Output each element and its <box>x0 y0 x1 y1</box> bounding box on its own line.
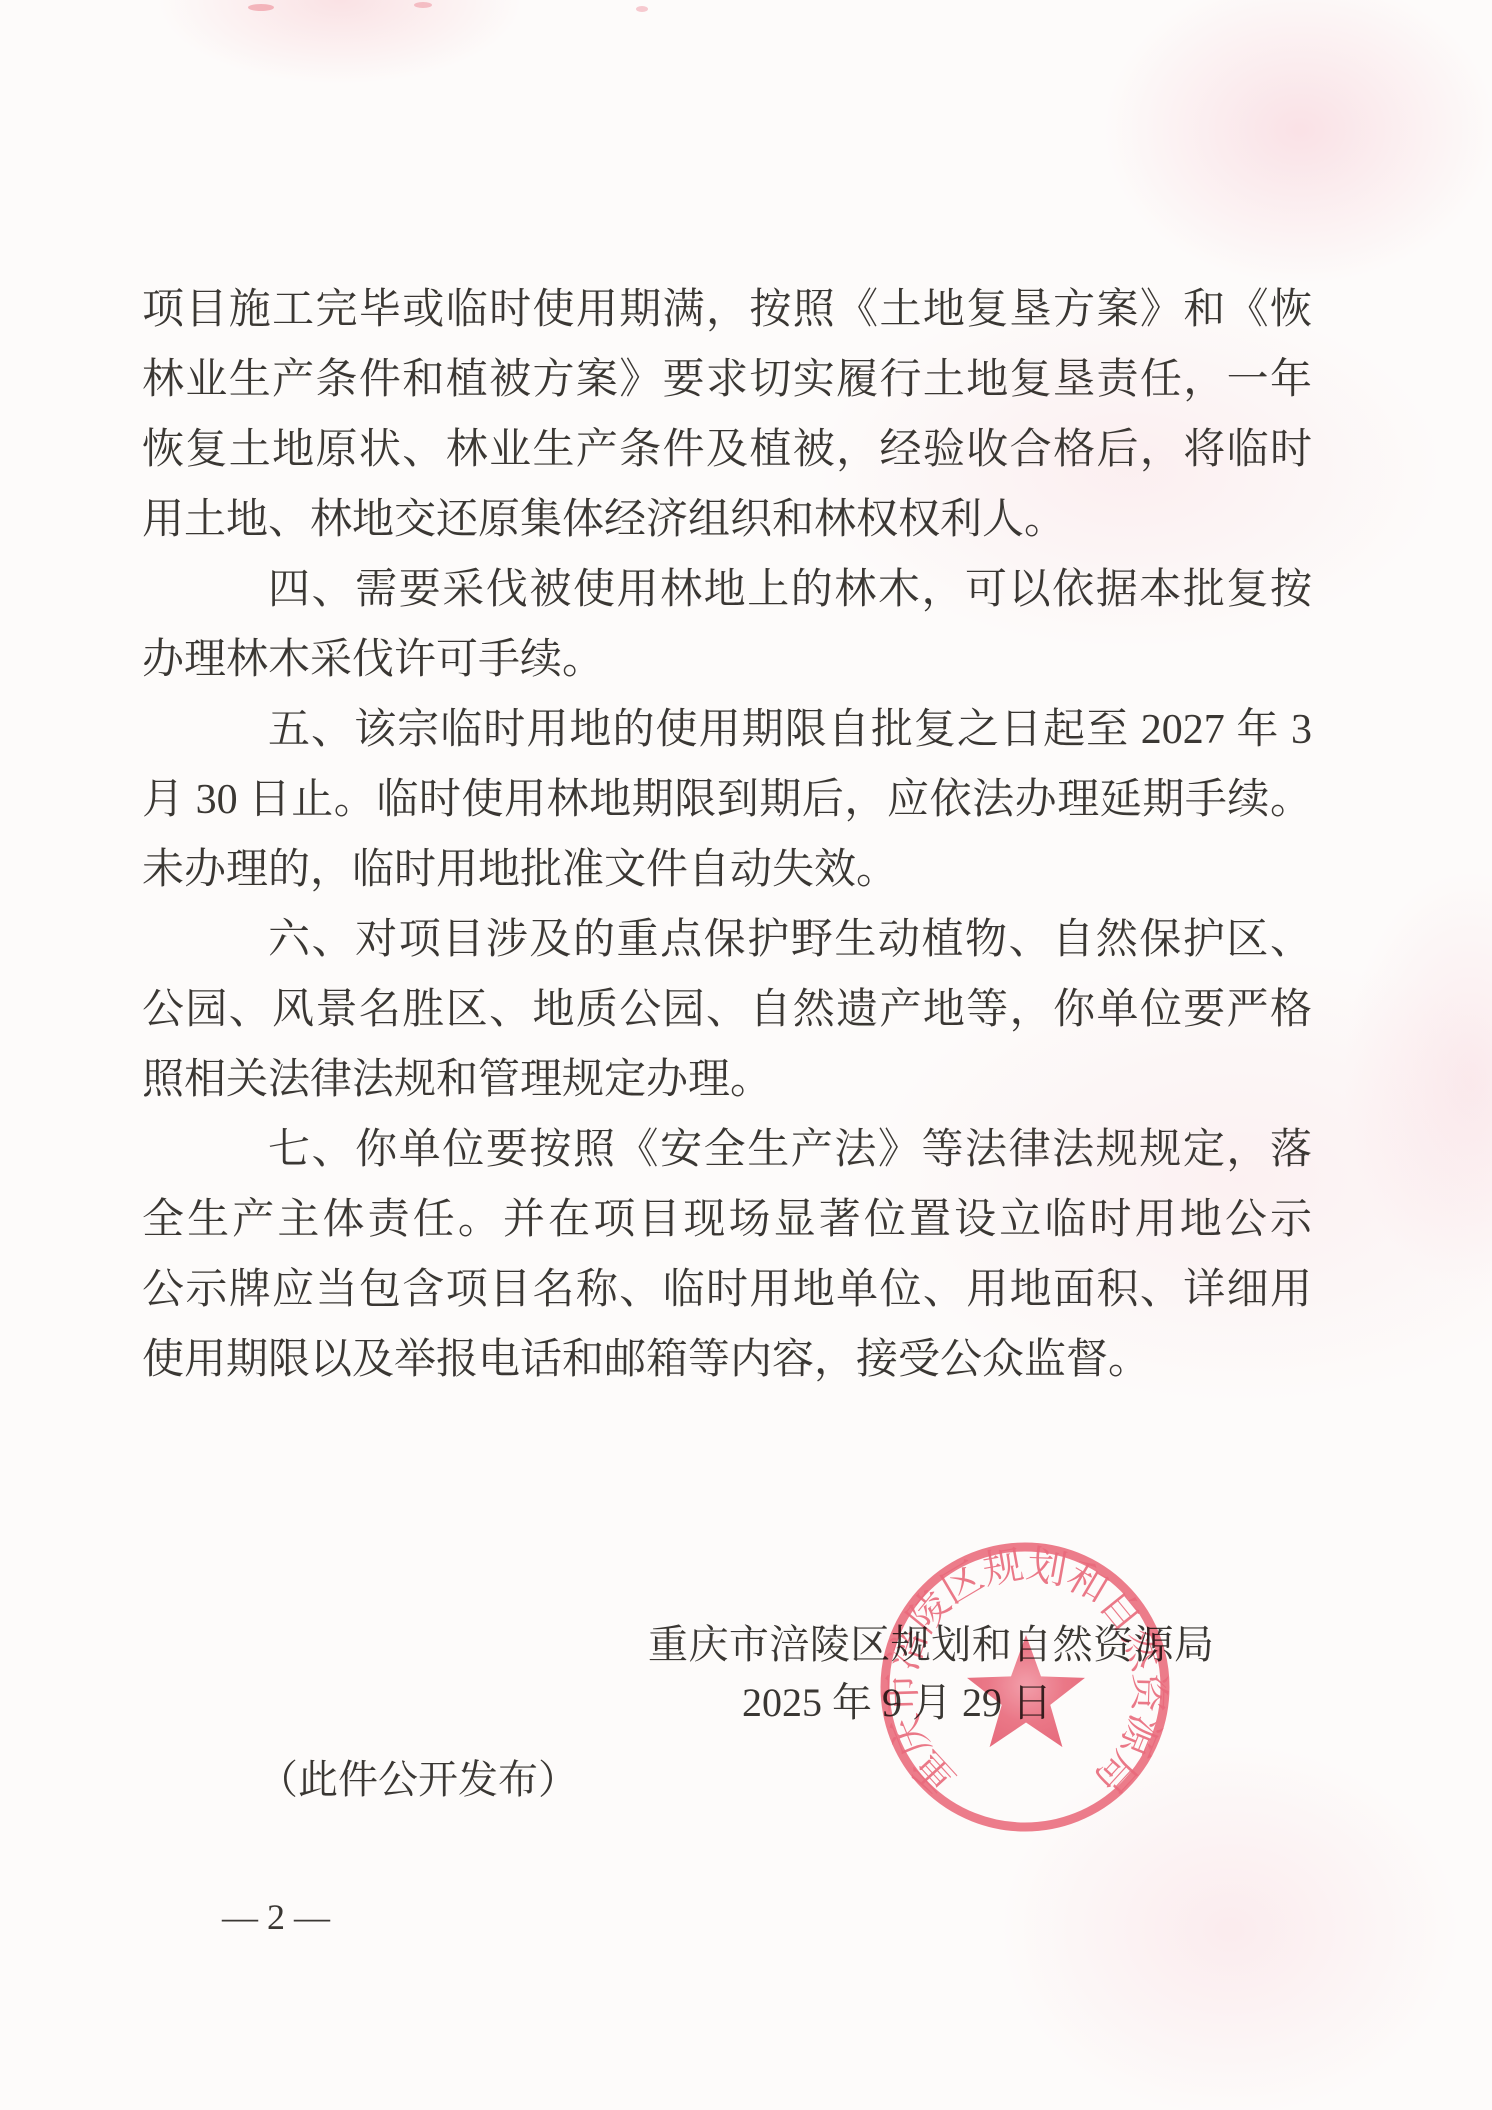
scan-speck <box>636 6 648 12</box>
body-line-1: 项目施工完毕或临时使用期满，按照《土地复垦方案》和《恢复 <box>142 275 1312 345</box>
body-line-3: 恢复土地原状、林业生产条件及植被，经验收合格后，将临时使 <box>142 415 1312 485</box>
official-seal-stamp: 重庆市涪陵区规划和自然资源局 <box>875 1537 1175 1837</box>
body-line-5: 四、需要采伐被使用林地上的林木，可以依据本批复按规定 <box>142 555 1312 625</box>
seal-star-icon <box>967 1635 1085 1747</box>
body-line-14: 全生产主体责任。并在项目现场显著位置设立临时用地公示牌， <box>142 1185 1312 1255</box>
body-line-13: 七、你单位要按照《安全生产法》等法律法规规定，落实安 <box>142 1115 1312 1185</box>
body-line-12: 照相关法律法规和管理规定办理。 <box>142 1045 1312 1115</box>
scan-speck <box>248 4 274 11</box>
body-line-2: 林业生产条件和植被方案》要求切实履行土地复垦责任，一年内 <box>142 345 1312 415</box>
body-line-6: 办理林木采伐许可手续。 <box>142 625 1312 695</box>
body-line-7: 五、该宗临时用地的使用期限自批复之日起至 2027 年 3 <box>142 695 1312 765</box>
body-line-10: 六、对项目涉及的重点保护野生动植物、自然保护区、湿地 <box>142 905 1312 975</box>
document-page: 项目施工完毕或临时使用期满，按照《土地复垦方案》和《恢复 林业生产条件和植被方案… <box>0 0 1492 2110</box>
body-line-16: 使用期限以及举报电话和邮箱等内容，接受公众监督。 <box>142 1325 1312 1395</box>
body-line-9: 未办理的，临时用地批准文件自动失效。 <box>142 835 1312 905</box>
document-body: 项目施工完毕或临时使用期满，按照《土地复垦方案》和《恢复 林业生产条件和植被方案… <box>142 275 1312 1395</box>
publish-note: （此件公开发布） <box>258 1756 578 1804</box>
body-line-15: 公示牌应当包含项目名称、临时用地单位、用地面积、详细用途、 <box>142 1255 1312 1325</box>
body-line-8: 月 30 日止。临时使用林地期限到期后，应依法办理延期手续。 <box>142 765 1312 835</box>
scan-speck <box>414 2 432 8</box>
body-line-4: 用土地、林地交还原集体经济组织和林权权利人。 <box>142 485 1312 555</box>
body-line-11: 公园、风景名胜区、地质公园、自然遗产地等，你单位要严格按 <box>142 975 1312 1045</box>
page-number: — 2 — <box>222 1896 330 1938</box>
